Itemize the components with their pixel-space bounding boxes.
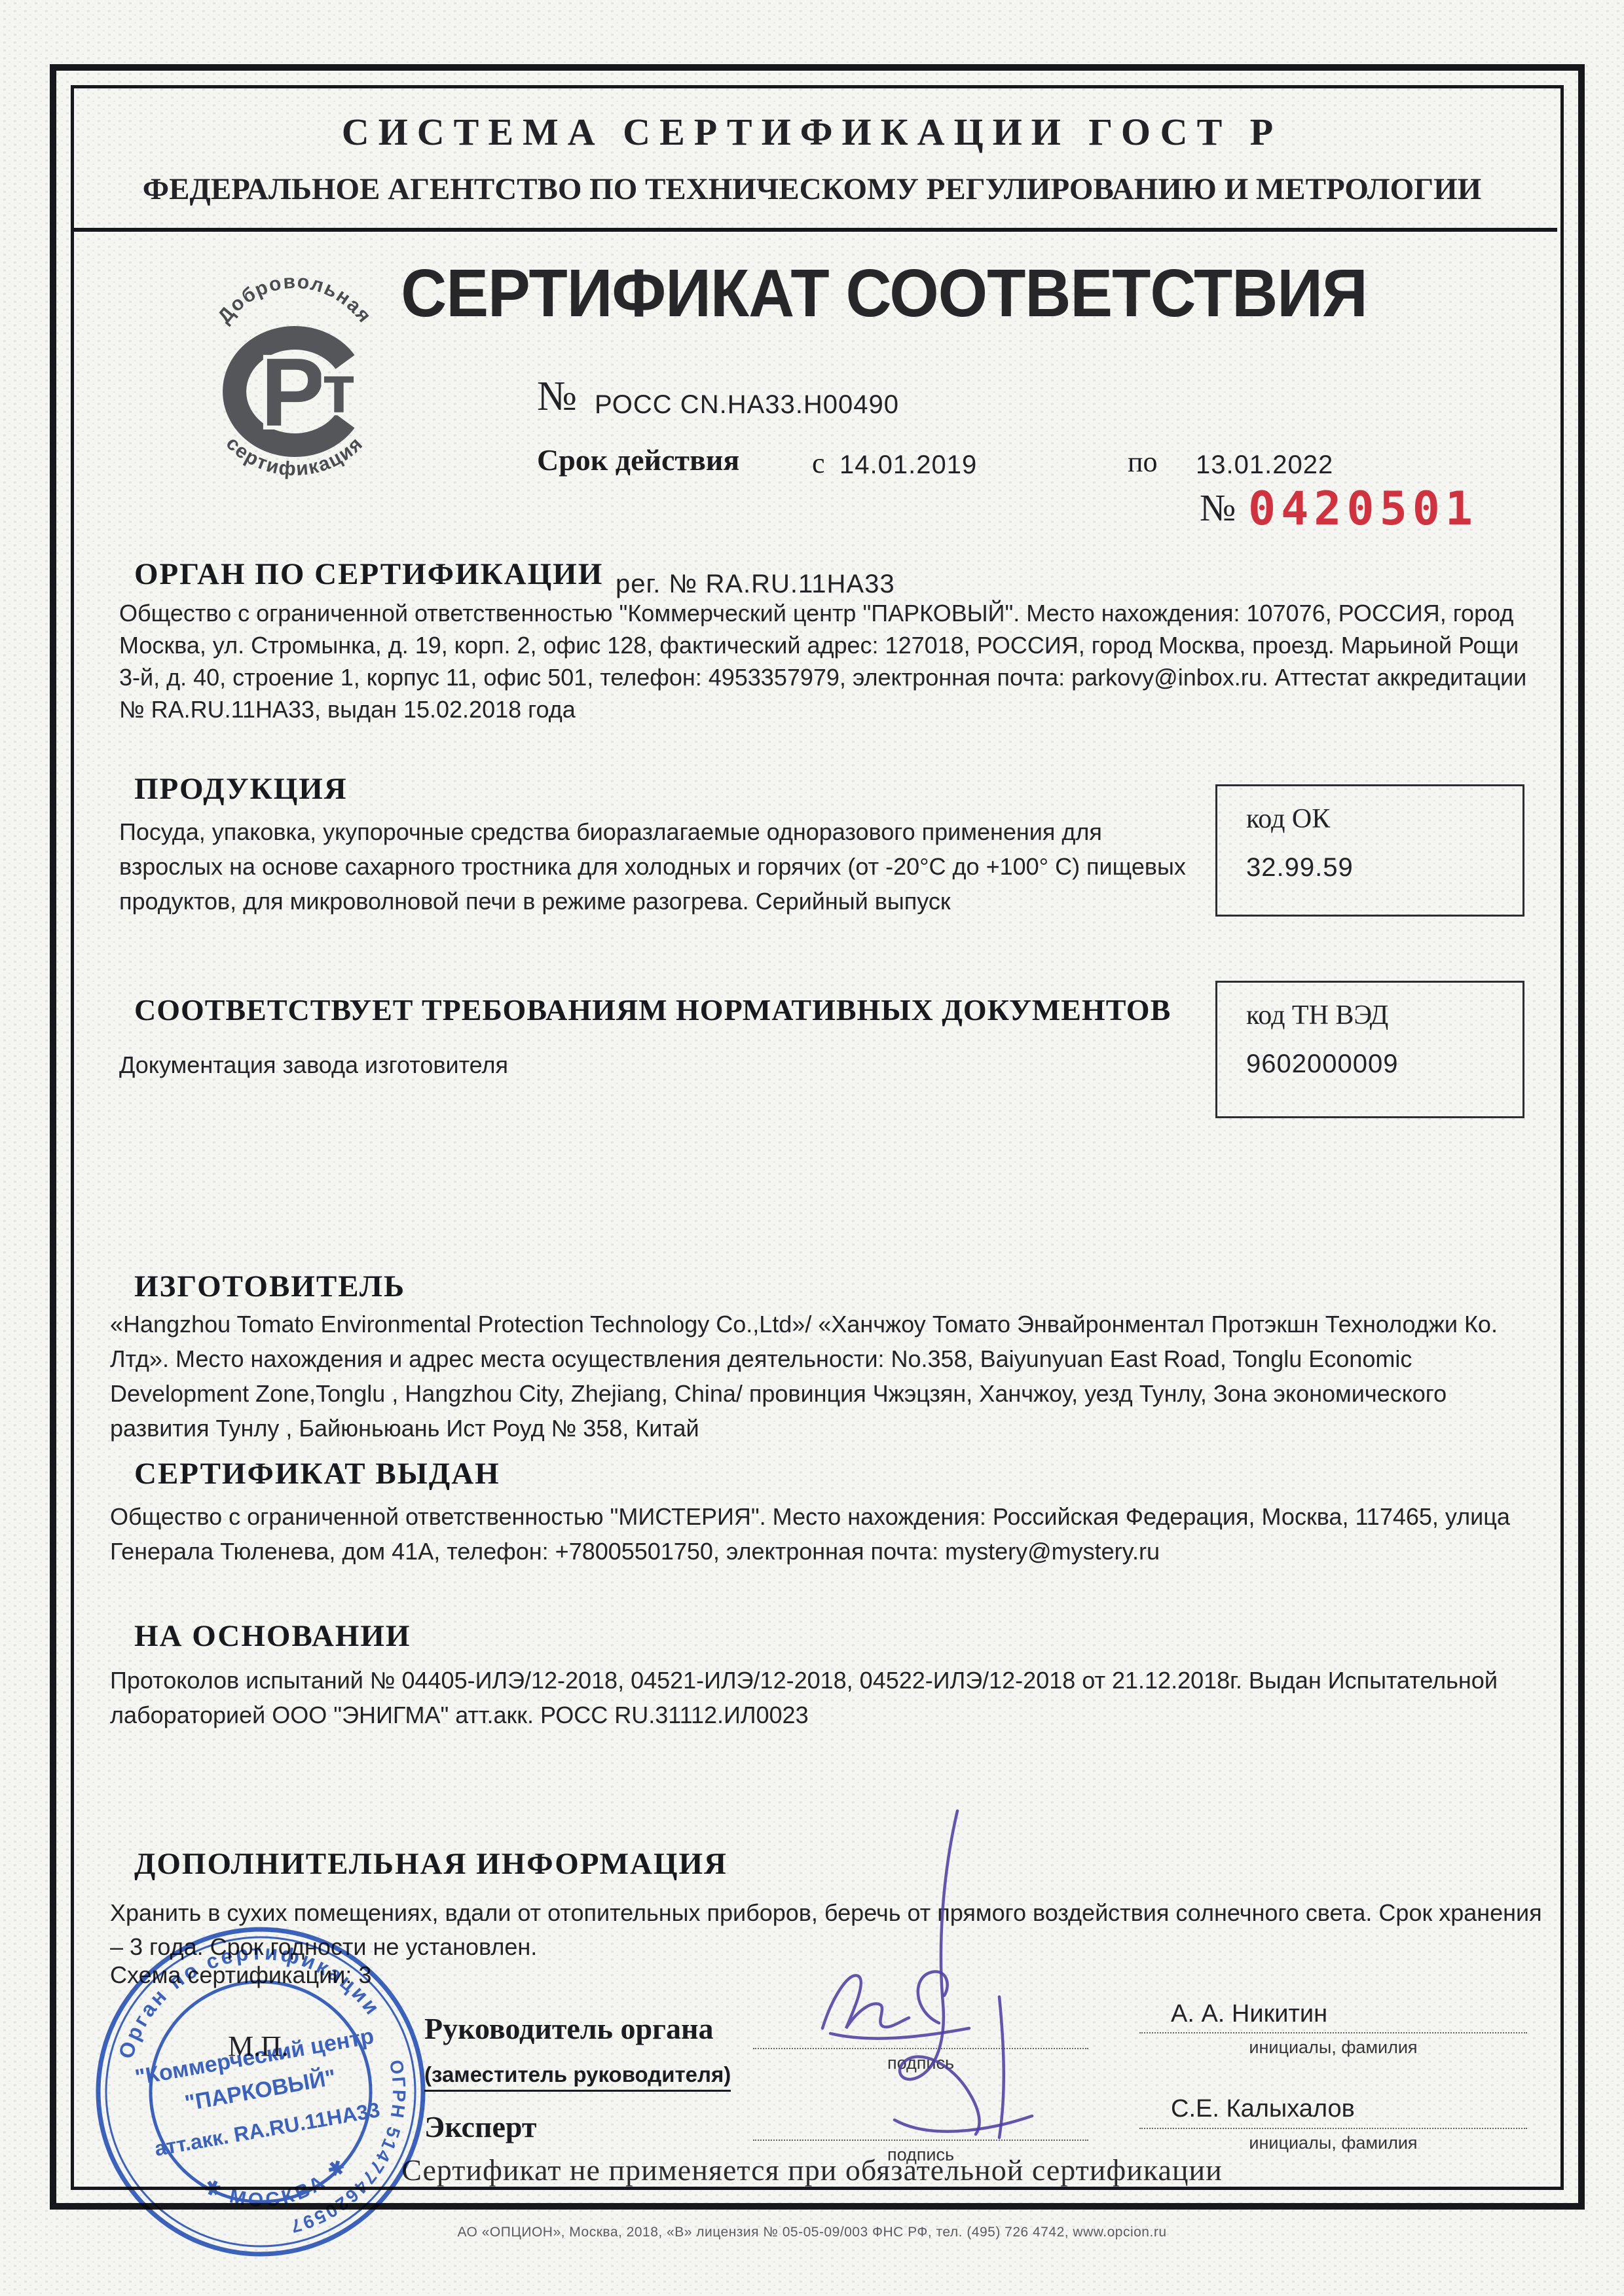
section-title-conformity: СООТВЕТСТВУЕТ ТРЕБОВАНИЯМ НОРМАТИВНЫХ ДО… [134,993,1171,1027]
head-name-caption: инициалы, фамилия [1139,2037,1527,2058]
logo-letter-t: т [322,352,356,428]
validity-label: Срок действия [537,443,739,477]
manufacturer-body: «Hangzhou Tomato Environmental Protectio… [110,1307,1534,1446]
validity-to-date: 13.01.2022 [1196,450,1333,480]
section-title-basis: НА ОСНОВАНИИ [134,1618,411,1654]
validity-to-label: по [1128,445,1158,479]
header-divider [74,228,1557,232]
cert-number-sign: № [537,372,577,420]
validity-from-date: 14.01.2019 [840,450,977,480]
expert-name: С.Е. Калыхалов [1171,2095,1355,2123]
code-ok-box: код ОК 32.99.59 [1215,784,1524,917]
head-name: А. А. Никитин [1171,2000,1327,2028]
certification-stamp: Орган по сертификации ОГРН 5147746205978… [77,1905,444,2272]
validity-from-label: с [812,446,825,480]
document-title: СЕРТИФИКАТ СООТВЕТСТВИЯ [393,255,1375,333]
code-ok-label: код ОК [1246,803,1494,835]
expert-name-caption: инициалы, фамилия [1139,2133,1527,2153]
system-title: СИСТЕМА СЕРТИФИКАЦИИ ГОСТ Р [0,110,1624,154]
section-title-extra: ДОПОЛНИТЕЛЬНАЯ ИНФОРМАЦИЯ [134,1846,728,1882]
code-tnved-label: код ТН ВЭД [1246,1000,1494,1031]
head-label: Руководитель органа [424,2011,713,2046]
rst-logo-icon: Добровольная сертификация Р т [193,274,396,493]
expert-signature-line [753,2140,1088,2141]
certificate-document: СИСТЕМА СЕРТИФИКАЦИИ ГОСТ Р ФЕДЕРАЛЬНОЕ … [0,0,1624,2296]
blank-number: 0420501 [1248,482,1478,536]
product-body: Посуда, упаковка, укупорочные средства б… [119,814,1190,919]
expert-signature [871,1807,1087,2160]
logo-letter-p: Р [261,338,325,446]
blank-number-sign: № [1200,486,1236,530]
issued-to-body: Общество с ограниченной ответственностью… [110,1499,1534,1569]
head-name-line [1139,2032,1527,2033]
cert-number-value: РОСС CN.НА33.Н00490 [595,390,899,420]
conformity-body: Документация завода изготовителя [119,1049,1167,1081]
code-ok-value: 32.99.59 [1246,853,1494,883]
section-title-manufacturer: ИЗГОТОВИТЕЛЬ [134,1269,405,1304]
basis-body: Протоколов испытаний № 04405-ИЛЭ/12-2018… [110,1663,1534,1732]
section-title-issued-to: СЕРТИФИКАТ ВЫДАН [134,1456,500,1491]
org-body: Общество с ограниченной ответственностью… [119,597,1537,725]
code-tnved-value: 9602000009 [1246,1049,1494,1079]
svg-text:Добровольная: Добровольная [213,274,376,327]
section-title-product: ПРОДУКЦИЯ [134,771,348,807]
printer-fine-print: АО «ОПЦИОН», Москва, 2018, «В» лицензия … [0,2225,1624,2240]
head-sub-label: (заместитель руководителя) [424,2062,731,2092]
code-tnved-box: код ТН ВЭД 9602000009 [1215,981,1524,1118]
section-title-org: ОРГАН ПО СЕРТИФИКАЦИИ [134,556,603,592]
logo-arc-top-text: Добровольная [213,274,376,327]
expert-name-line [1139,2128,1527,2129]
rst-mark: Р т [234,338,356,446]
org-reg-number: рег. № RA.RU.11НА33 [616,570,895,599]
agency-title: ФЕДЕРАЛЬНОЕ АГЕНТСТВО ПО ТЕХНИЧЕСКОМУ РЕ… [0,172,1624,207]
